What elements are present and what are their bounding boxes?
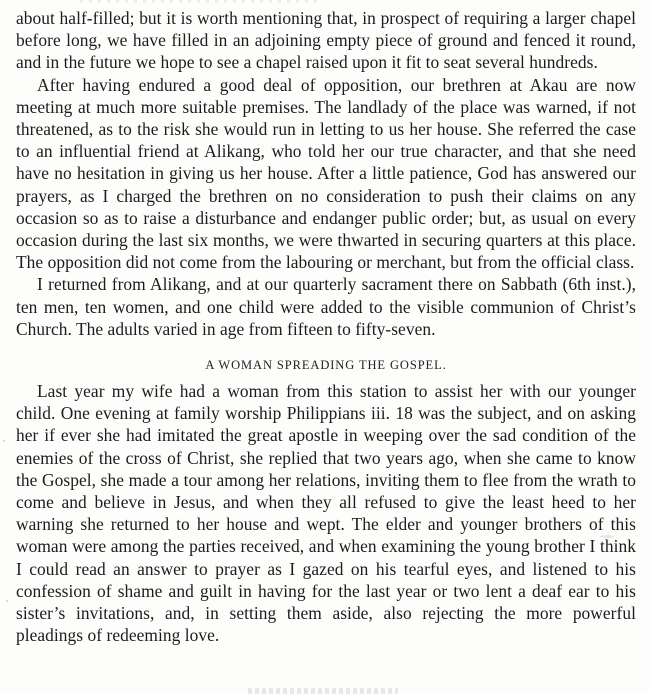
article-body: about half-filled; but it is worth menti… <box>16 7 636 646</box>
paragraph-quarterly-sacrament: I returned from Alikang, and at our quar… <box>16 273 636 340</box>
scanned-page: about half-filled; but it is worth menti… <box>0 0 650 694</box>
scan-speck <box>6 600 8 602</box>
section-heading: A WOMAN SPREADING THE GOSPEL. <box>16 354 636 376</box>
paragraph-woman-spreading-gospel: Last year my wife had a woman from this … <box>16 380 636 646</box>
cropped-previous-line-remnant <box>80 0 320 3</box>
paragraph-akau-opposition: After having endured a good deal of oppo… <box>16 74 636 274</box>
scan-smudge <box>600 535 614 538</box>
scan-speck <box>3 440 5 442</box>
cropped-next-heading-remnant <box>248 688 398 694</box>
paragraph-chapel-ground: about half-filled; but it is worth menti… <box>16 7 636 74</box>
